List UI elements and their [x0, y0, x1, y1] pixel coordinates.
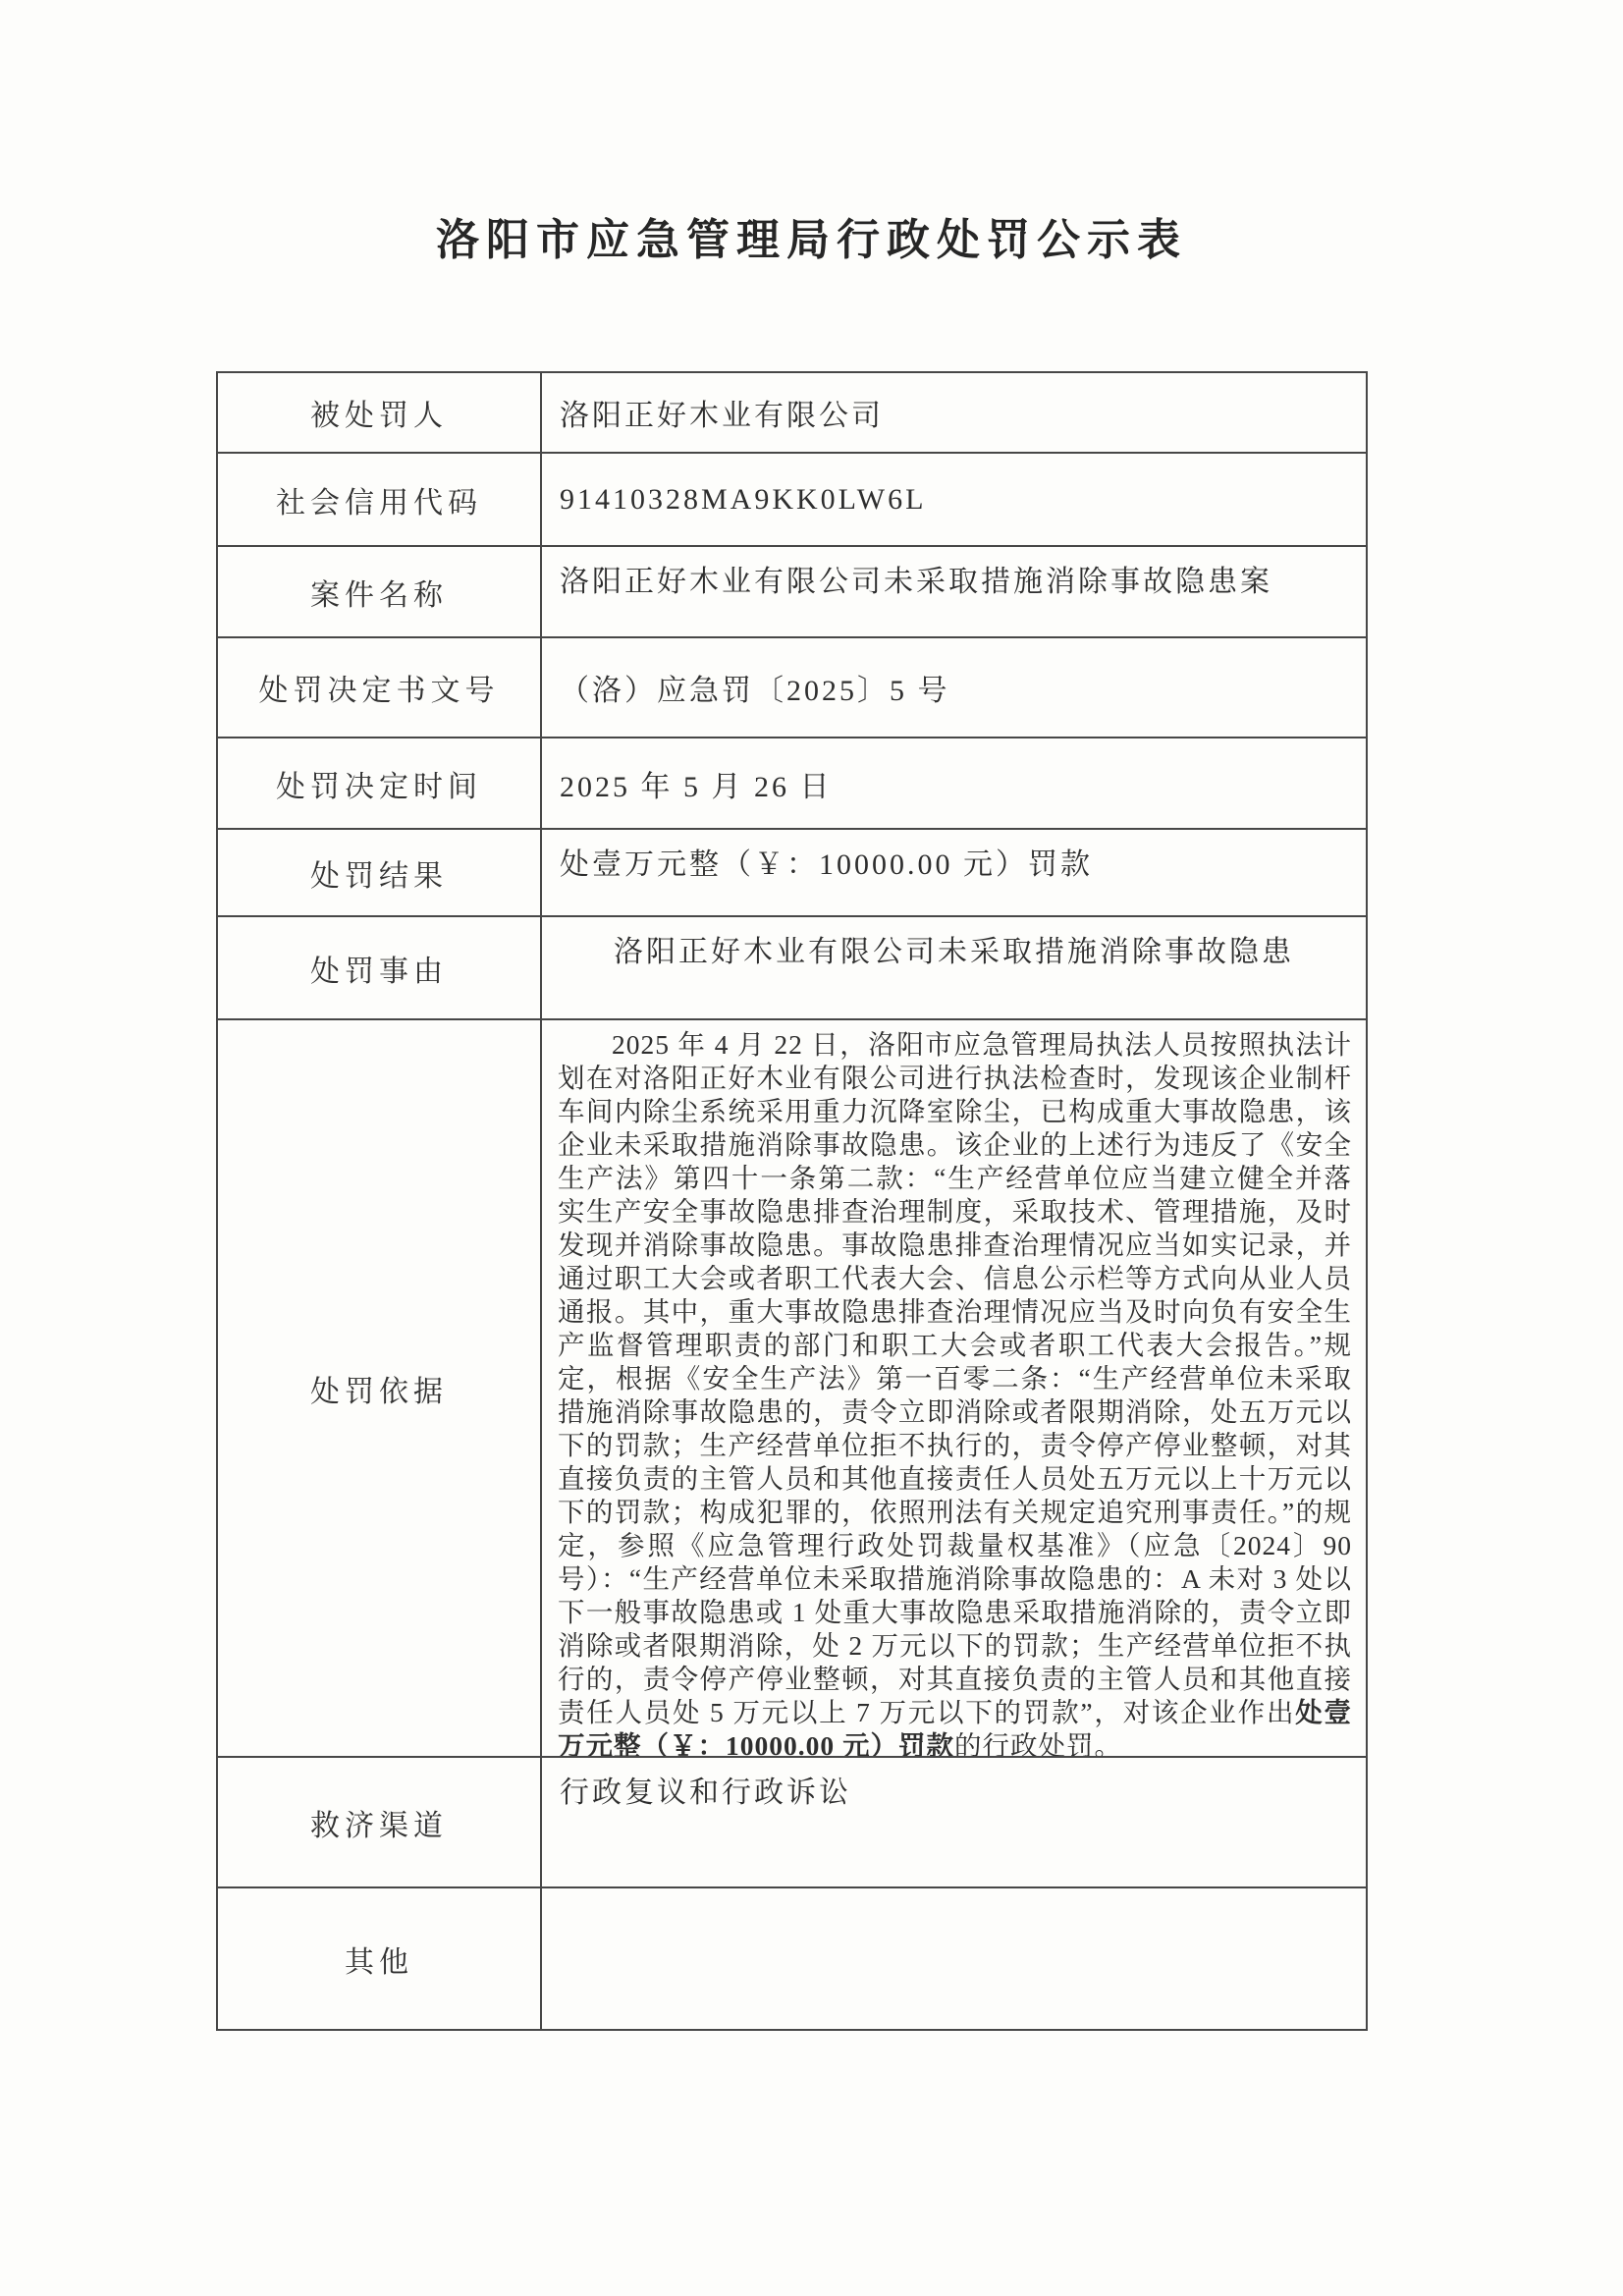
- value-case-name: 洛阳正好木业有限公司未采取措施消除事故隐患案: [542, 547, 1366, 636]
- label-decision-doc-number: 处罚决定书文号: [218, 638, 542, 737]
- page-title: 洛阳市应急管理局行政处罚公示表: [0, 204, 1623, 267]
- label-penalized-person: 被处罚人: [218, 373, 542, 452]
- value-penalized-person: 洛阳正好木业有限公司: [542, 373, 1366, 452]
- value-decision-doc-number: （洛）应急罚〔2025〕5 号: [542, 638, 1366, 737]
- label-penalty-result: 处罚结果: [218, 830, 542, 915]
- table-row-case-name: 案件名称 洛阳正好木业有限公司未采取措施消除事故隐患案: [218, 545, 1366, 636]
- value-penalty-result: 处壹万元整（￥：10000.00 元）罚款: [542, 830, 1366, 915]
- value-decision-date: 2025 年 5 月 26 日: [542, 738, 1366, 828]
- penalty-basis-text: 2025 年 4 月 22 日，洛阳市应急管理局执法人员按照执法计划在对洛阳正好…: [558, 1029, 1352, 1727]
- label-penalty-basis: 处罚依据: [218, 1020, 542, 1756]
- penalty-basis-text-tail: 的行政处罚。: [954, 1730, 1122, 1756]
- table-row-penalty-cause: 处罚事由 洛阳正好木业有限公司未采取措施消除事故隐患: [218, 915, 1366, 1018]
- table-row-credit-code: 社会信用代码 91410328MA9KK0LW6L: [218, 452, 1366, 545]
- label-remedy-channel: 救济渠道: [218, 1758, 542, 1886]
- label-case-name: 案件名称: [218, 547, 542, 636]
- table-row-remedy-channel: 救济渠道 行政复议和行政诉讼: [218, 1756, 1366, 1886]
- value-remedy-channel: 行政复议和行政诉讼: [542, 1758, 1366, 1886]
- label-decision-date: 处罚决定时间: [218, 738, 542, 828]
- penalty-table: 被处罚人 洛阳正好木业有限公司 社会信用代码 91410328MA9KK0LW6…: [216, 371, 1368, 2031]
- table-row-decision-date: 处罚决定时间 2025 年 5 月 26 日: [218, 737, 1366, 828]
- table-row-other: 其他: [218, 1886, 1366, 2029]
- label-other: 其他: [218, 1888, 542, 2029]
- document-page: 洛阳市应急管理局行政处罚公示表 被处罚人 洛阳正好木业有限公司 社会信用代码 9…: [0, 0, 1623, 2296]
- label-penalty-cause: 处罚事由: [218, 917, 542, 1018]
- table-row-penalty-result: 处罚结果 处壹万元整（￥：10000.00 元）罚款: [218, 828, 1366, 915]
- table-row-decision-doc-number: 处罚决定书文号 （洛）应急罚〔2025〕5 号: [218, 636, 1366, 737]
- label-credit-code: 社会信用代码: [218, 454, 542, 545]
- value-credit-code: 91410328MA9KK0LW6L: [542, 454, 1366, 545]
- value-other: [542, 1888, 1366, 2029]
- table-row-penalty-basis: 处罚依据 2025 年 4 月 22 日，洛阳市应急管理局执法人员按照执法计划在…: [218, 1018, 1366, 1756]
- penalty-basis-paragraph: 2025 年 4 月 22 日，洛阳市应急管理局执法人员按照执法计划在对洛阳正好…: [558, 1028, 1352, 1756]
- value-penalty-basis: 2025 年 4 月 22 日，洛阳市应急管理局执法人员按照执法计划在对洛阳正好…: [542, 1020, 1366, 1756]
- table-row-penalized-person: 被处罚人 洛阳正好木业有限公司: [218, 373, 1366, 452]
- value-penalty-cause: 洛阳正好木业有限公司未采取措施消除事故隐患: [542, 917, 1366, 1018]
